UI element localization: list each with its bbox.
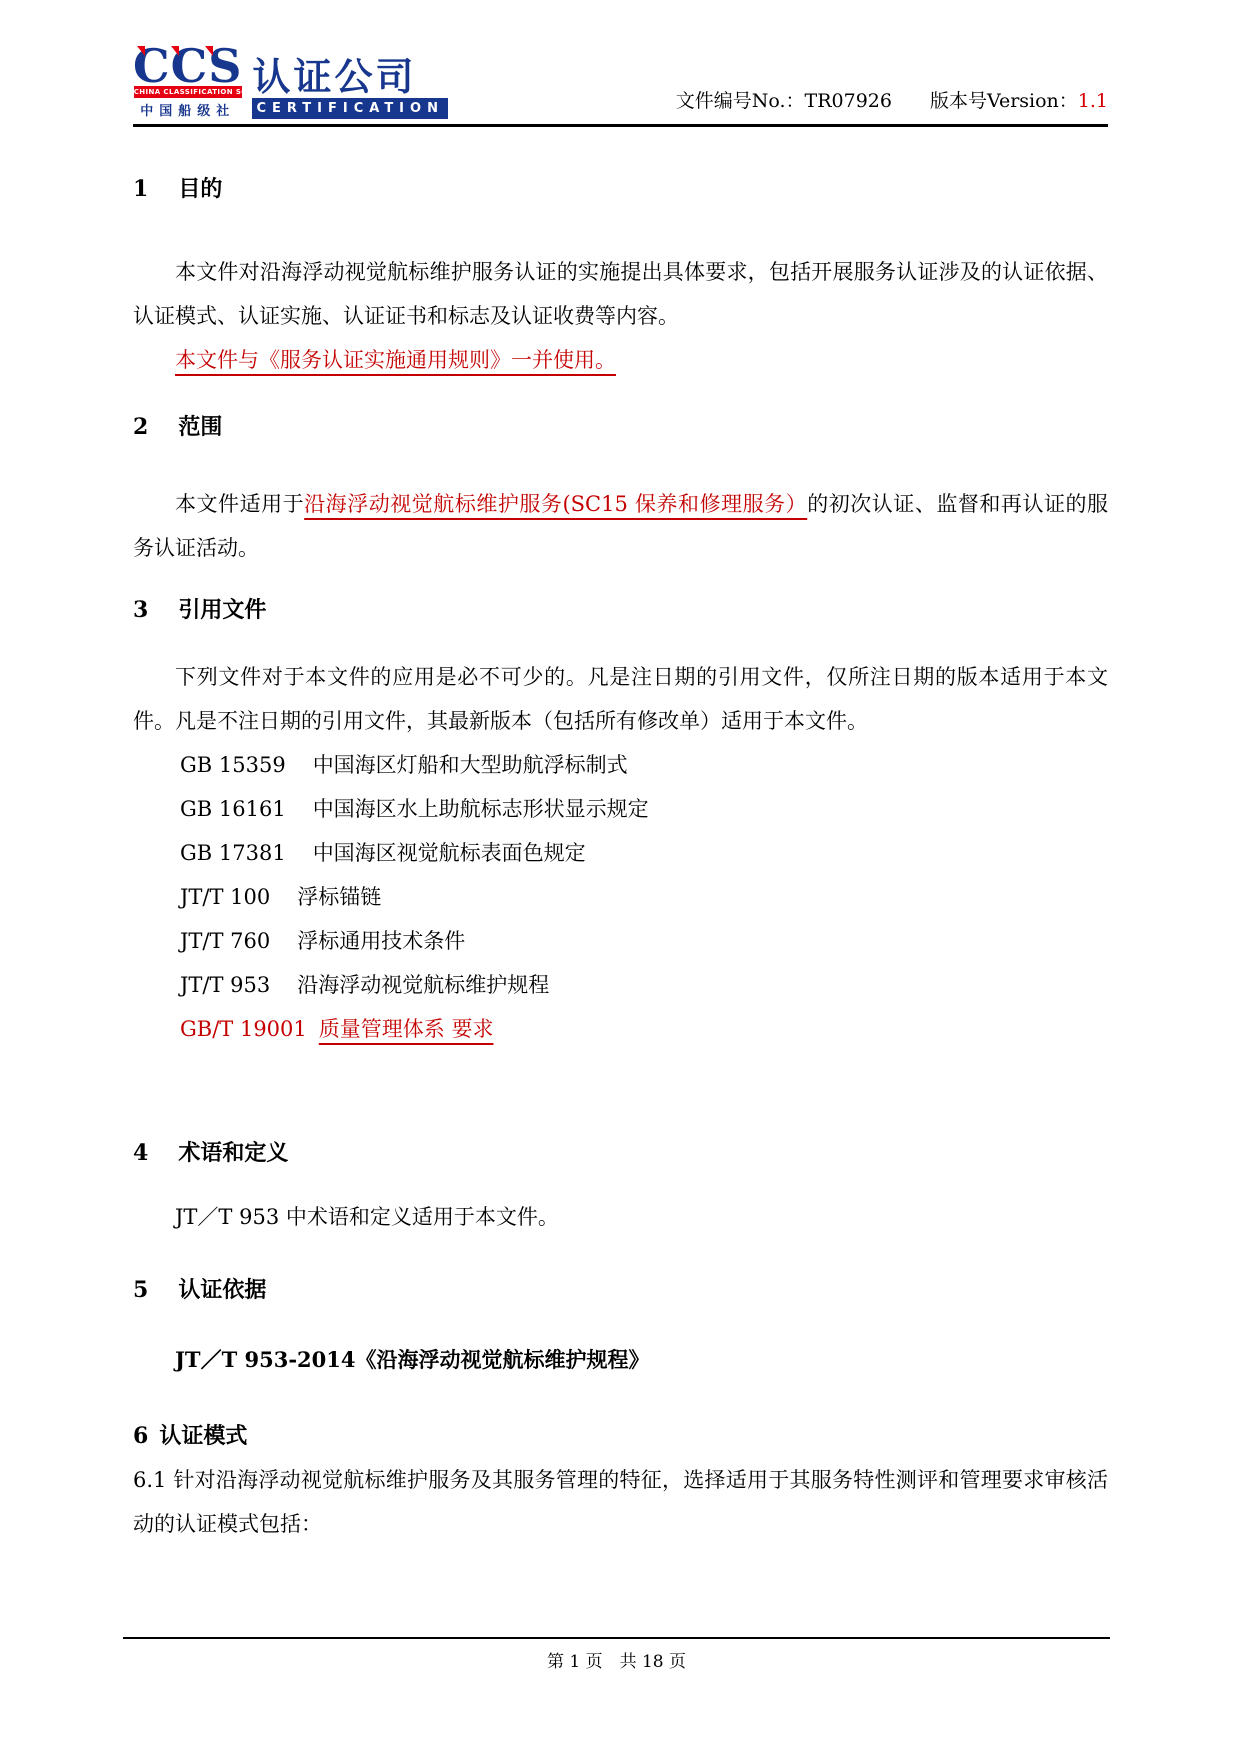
ccs-wordmark: CCS	[133, 46, 242, 86]
reference-title: 中国海区灯船和大型助航浮标制式	[313, 753, 628, 777]
section-5-number: 5	[133, 1274, 148, 1306]
reference-item: GB 16161中国海区水上助航标志形状显示规定	[180, 787, 1108, 831]
ccs-red-accent-icon	[137, 46, 145, 56]
ccs-logo: CCS CHINA CLASSIFICATION SOCIETY 中国船级社 认…	[133, 46, 448, 119]
doc-no-value: TR07926	[805, 90, 892, 112]
section-3-heading: 3引用文件	[133, 594, 1108, 626]
society-name-cn: 中国船级社	[140, 100, 235, 119]
section-2-title: 范围	[178, 414, 222, 440]
section-1-paragraph: 本文件对沿海浮动视觉航标维护服务认证的实施提出具体要求，包括开展服务认证涉及的认…	[133, 250, 1108, 338]
document-page: CCS CHINA CLASSIFICATION SOCIETY 中国船级社 认…	[0, 0, 1233, 1743]
document-body: 1目的 本文件对沿海浮动视觉航标维护服务认证的实施提出具体要求，包括开展服务认证…	[133, 173, 1108, 1546]
version-label: 版本号Version：	[930, 90, 1078, 112]
section-1-number: 1	[133, 173, 148, 205]
page-footer: 第 1 页 共 18 页	[123, 1637, 1110, 1672]
scope-text-start: 本文件适用于	[175, 492, 304, 516]
reference-title: 沿海浮动视觉航标维护规程	[297, 973, 549, 997]
section-6-paragraph: 6.1 针对沿海浮动视觉航标维护服务及其服务管理的特征，选择适用于其服务特性测评…	[133, 1458, 1108, 1546]
reference-code: GB 16161	[180, 787, 286, 831]
section-1-title: 目的	[178, 176, 222, 202]
reference-title: 质量管理体系 要求	[319, 1017, 494, 1041]
scope-inserted-text: 沿海浮动视觉航标维护服务(SC15 保养和修理服务）	[304, 492, 807, 516]
version-value: 1.1	[1078, 90, 1108, 112]
section-3-title: 引用文件	[178, 597, 266, 623]
page-header: CCS CHINA CLASSIFICATION SOCIETY 中国船级社 认…	[133, 0, 1108, 127]
reference-item: GB 15359中国海区灯船和大型助航浮标制式	[180, 743, 1108, 787]
reference-item: JT/T 100浮标锚链	[180, 875, 1108, 919]
doc-no-label: 文件编号No.：	[676, 90, 805, 112]
section-5-paragraph: JT／T 953-2014《沿海浮动视觉航标维护规程》	[133, 1338, 1108, 1382]
reference-code: GB/T 19001	[180, 1007, 307, 1051]
section-2-paragraph: 本文件适用于沿海浮动视觉航标维护服务(SC15 保养和修理服务）的初次认证、监督…	[133, 482, 1108, 570]
section-5-title: 认证依据	[178, 1277, 266, 1303]
reference-code: GB 15359	[180, 743, 286, 787]
ccs-logo-mark: CCS CHINA CLASSIFICATION SOCIETY 中国船级社	[133, 46, 242, 119]
reference-code: JT/T 100	[180, 875, 270, 919]
ccs-red-accent-icon	[205, 46, 213, 56]
reference-code: JT/T 760	[180, 919, 270, 963]
reference-title: 浮标通用技术条件	[297, 929, 465, 953]
section-2-number: 2	[133, 411, 148, 443]
certification-company-mark: 认证公司 CERTIFICATION	[252, 56, 448, 119]
certification-label: CERTIFICATION	[252, 98, 448, 119]
page-number: 第 1 页 共 18 页	[123, 1639, 1110, 1672]
reference-item-inserted: GB/T 19001质量管理体系 要求	[180, 1007, 1108, 1051]
section-6-number: 6	[133, 1420, 148, 1452]
reference-title: 中国海区水上助航标志形状显示规定	[313, 797, 649, 821]
section-3-number: 3	[133, 594, 148, 626]
section-3-paragraph: 下列文件对于本文件的应用是必不可少的。凡是注日期的引用文件，仅所注日期的版本适用…	[133, 655, 1108, 743]
section-4-title: 术语和定义	[178, 1140, 288, 1166]
document-meta: 文件编号No.：TR07926版本号Version：1.1	[676, 86, 1108, 119]
reference-code: GB 17381	[180, 831, 286, 875]
reference-item: JT/T 760浮标通用技术条件	[180, 919, 1108, 963]
reference-list: GB 15359中国海区灯船和大型助航浮标制式 GB 16161中国海区水上助航…	[180, 743, 1108, 1051]
section-6-heading: 6认证模式	[133, 1420, 1108, 1452]
section-5-heading: 5认证依据	[133, 1274, 1108, 1306]
section-4-number: 4	[133, 1137, 148, 1169]
reference-item: GB 17381中国海区视觉航标表面色规定	[180, 831, 1108, 875]
section-1-inserted-text: 本文件与《服务认证实施通用规则》一并使用。	[133, 338, 1108, 382]
reference-title: 浮标锚链	[297, 885, 381, 909]
section-1-heading: 1目的	[133, 173, 1108, 205]
reference-title: 中国海区视觉航标表面色规定	[313, 841, 586, 865]
company-name-cn: 认证公司	[252, 56, 448, 98]
ccs-red-accent-icon	[171, 46, 179, 56]
section-6-title: 认证模式	[159, 1423, 247, 1449]
section-4-heading: 4术语和定义	[133, 1137, 1108, 1169]
reference-item: JT/T 953沿海浮动视觉航标维护规程	[180, 963, 1108, 1007]
ccs-wordmark-wrap: CCS	[133, 46, 242, 86]
reference-code: JT/T 953	[180, 963, 270, 1007]
section-4-paragraph: JT／T 953 中术语和定义适用于本文件。	[133, 1195, 1108, 1239]
section-2-heading: 2范围	[133, 411, 1108, 443]
